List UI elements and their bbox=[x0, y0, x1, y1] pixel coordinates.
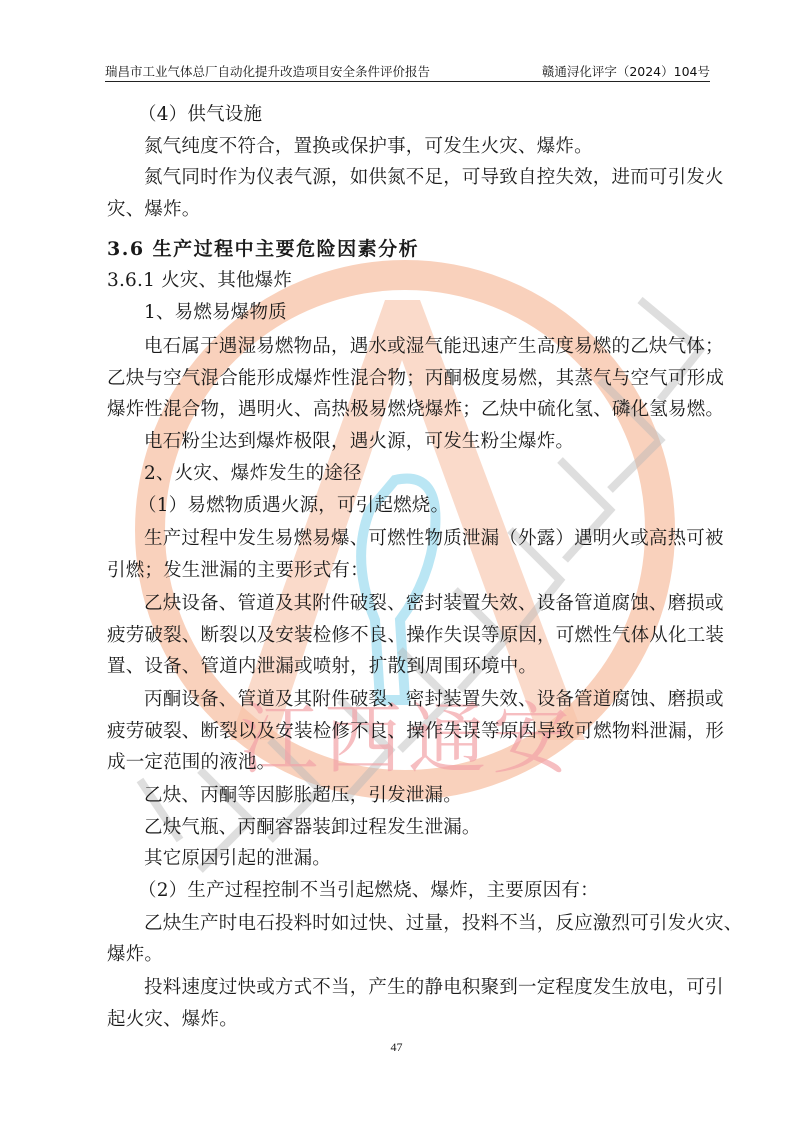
paragraph-line: 投料速度过快或方式不当，产生的静电积聚到一定程度发生放电，可引 bbox=[144, 976, 712, 1000]
paragraph-line: 爆炸。 bbox=[107, 943, 163, 967]
paragraph-line: 乙炔生产时电石投料时如过快、过量，投料不当，反应激烈可引发火灾、 bbox=[144, 912, 712, 936]
paragraph-line: 其它原因引起的泄漏。 bbox=[144, 847, 331, 871]
paragraph-line: 乙炔与空气混合能形成爆炸性混合物；丙酮极度易燃，其蒸气与空气可形成 bbox=[107, 367, 712, 391]
page-header: 瑞昌市工业气体总厂自动化提升改造项目安全条件评价报告 赣通浔化评字（2024）1… bbox=[105, 63, 710, 82]
paragraph-line: 疲劳破裂、断裂以及安装检修不良、操作失误等原因，可燃性气体从化工装 bbox=[107, 624, 712, 648]
paragraph-line: 2、火灾、爆炸发生的途径 bbox=[144, 462, 362, 486]
paragraph-line: 置、设备、管道内泄漏或喷射，扩散到周围环境中。 bbox=[107, 655, 537, 679]
paragraph-line: 爆炸性混合物，遇明火、高热极易燃烧爆炸；乙炔中硫化氢、磷化氢易燃。 bbox=[107, 398, 712, 422]
paragraph-line: 电石粉尘达到爆炸极限，遇火源，可发生粉尘爆炸。 bbox=[144, 430, 574, 454]
paragraph-line: 乙炔气瓶、丙酮容器装卸过程发生泄漏。 bbox=[144, 816, 481, 840]
paragraph-line: 乙炔、丙酮等因膨胀超压，引发泄漏。 bbox=[144, 784, 462, 808]
paragraph-line: 氮气纯度不符合，置换或保护事，可发生火灾、爆炸。 bbox=[144, 135, 593, 159]
paragraph-line: 生产过程中发生易燃易爆、可燃性物质泄漏（外露）遇明火或高热可被 bbox=[144, 527, 712, 551]
report-title: 瑞昌市工业气体总厂自动化提升改造项目安全条件评价报告 bbox=[105, 63, 430, 81]
paragraph-line: 丙酮设备、管道及其附件破裂、密封装置失效、设备管道腐蚀、磨损或 bbox=[144, 688, 712, 712]
paragraph-line: 电石属于遇湿易燃物品，遇水或湿气能迅速产生高度易燃的乙炔气体； bbox=[144, 335, 712, 359]
paragraph-line: 氮气同时作为仪表气源，如供氮不足，可导致自控失效，进而可引发火 bbox=[144, 166, 712, 190]
paragraph-line: （4）供气设施 bbox=[138, 103, 262, 127]
paragraph-line: 起火灾、爆炸。 bbox=[107, 1008, 238, 1032]
paragraph-line: 灾、爆炸。 bbox=[107, 198, 201, 222]
paragraph-line: 乙炔设备、管道及其附件破裂、密封装置失效、设备管道腐蚀、磨损或 bbox=[144, 592, 712, 616]
paragraph-line: 1、易燃易爆物质 bbox=[144, 301, 287, 325]
document-page: 江西通安 瑞昌市工业气体总厂自动化提升改造项目安全条件评价报告 赣通浔化评字（2… bbox=[0, 0, 793, 1122]
paragraph-line: 引燃；发生泄漏的主要形式有： bbox=[107, 559, 369, 583]
section-heading: 3.6 生产过程中主要危险因素分析 bbox=[107, 237, 419, 261]
subsection-heading: 3.6.1 火灾、其他爆炸 bbox=[107, 269, 292, 293]
paragraph-line: 成一定范围的液池。 bbox=[107, 751, 275, 775]
page-number: 47 bbox=[0, 1040, 793, 1055]
paragraph-line: （1）易燃物质遇火源，可引起燃烧。 bbox=[138, 494, 449, 518]
report-number: 赣通浔化评字（2024）104号 bbox=[542, 63, 710, 81]
paragraph-line: （2）生产过程控制不当引起燃烧、爆炸，主要原因有： bbox=[138, 879, 599, 903]
paragraph-line: 疲劳破裂、断裂以及安装检修不良、操作失误等原因导致可燃物料泄漏，形 bbox=[107, 720, 712, 744]
